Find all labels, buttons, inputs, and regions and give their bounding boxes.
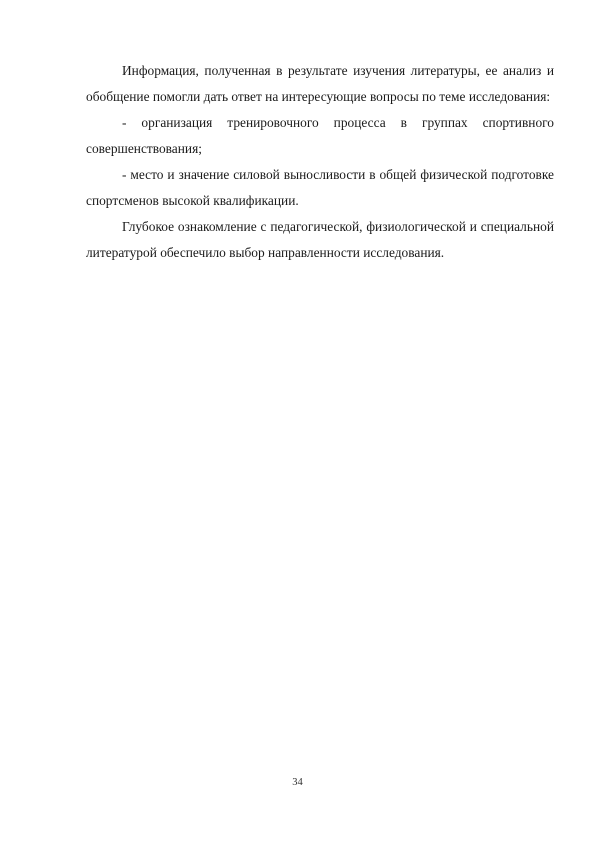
page-number: 34: [0, 777, 595, 788]
document-page: Информация, полученная в результате изуч…: [0, 0, 595, 842]
list-item-strength-endurance: - место и значение силовой выносливости …: [86, 162, 554, 214]
paragraph-intro: Информация, полученная в результате изуч…: [86, 58, 554, 110]
body-text: Информация, полученная в результате изуч…: [86, 58, 554, 266]
paragraph-conclusion: Глубокое ознакомление с педагогической, …: [86, 214, 554, 266]
list-item-training-organization: - организация тренировочного процесса в …: [86, 110, 554, 162]
